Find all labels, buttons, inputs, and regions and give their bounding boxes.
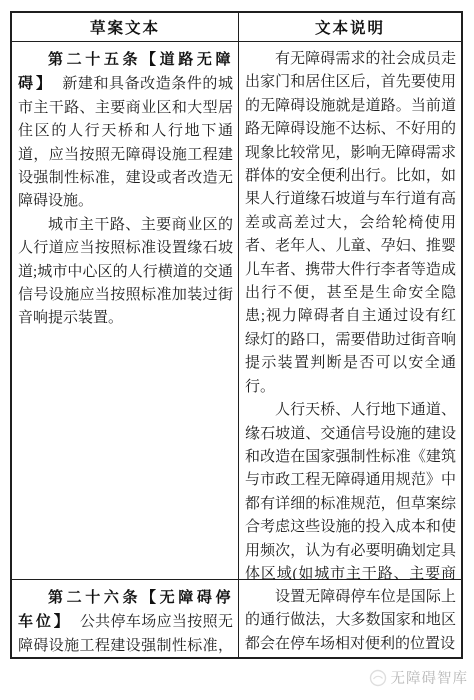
document-page: 草案文本 文本说明 第二十五条【道路无障碍】新建和具备改造条件的城市主干路、主要… (0, 0, 474, 700)
paragraph: 人行天桥、人行地下通道、缘石坡道、交通信号设施的建设和改造在国家强制性标准《建筑… (245, 399, 456, 580)
explanation-cell-article-25: 有无障碍需求的社会成员走出家门和居住区后，首先要使用的无障碍设施就是道路。当前道… (239, 42, 461, 580)
draft-cell-article-25: 第二十五条【道路无障碍】新建和具备改造条件的城市主干路、主要商业区和大型居住区的… (12, 42, 239, 580)
paragraph: 有无障碍需求的社会成员走出家门和居住区后，首先要使用的无障碍设施就是道路。当前道… (245, 48, 456, 399)
watermark: 无障碍智库 (369, 667, 469, 688)
comparison-table: 草案文本 文本说明 第二十五条【道路无障碍】新建和具备改造条件的城市主干路、主要… (10, 11, 463, 659)
watermark-logo-icon (369, 669, 387, 687)
watermark-text: 无障碍智库 (391, 667, 469, 688)
paragraph-text: 新建和具备改造条件的城市主干路、主要商业区和大型居住区的人行天桥和人行地下通道，… (18, 76, 233, 209)
column-header-explanation: 文本说明 (239, 13, 461, 42)
paragraph: 第二十六条【无障碍停车位】公共停车场应当按照无障碍设施工程建设强制性标准，设 (18, 586, 233, 657)
paragraph: 城市主干路、主要商业区的人行道应当按照标准设置缘石坡道;城市中心区的人行横道的交… (18, 214, 233, 331)
draft-cell-article-26: 第二十六条【无障碍停车位】公共停车场应当按照无障碍设施工程建设强制性标准，设 (12, 580, 239, 657)
paragraph: 设置无障碍停车位是国际上的通行做法，大多数国家和地区都会在停车场相对便利的位置设 (245, 586, 456, 656)
paragraph: 第二十五条【道路无障碍】新建和具备改造条件的城市主干路、主要商业区和大型居住区的… (18, 48, 233, 214)
column-header-draft-text: 草案文本 (12, 13, 239, 42)
explanation-cell-article-26: 设置无障碍停车位是国际上的通行做法，大多数国家和地区都会在停车场相对便利的位置设 (239, 580, 461, 657)
